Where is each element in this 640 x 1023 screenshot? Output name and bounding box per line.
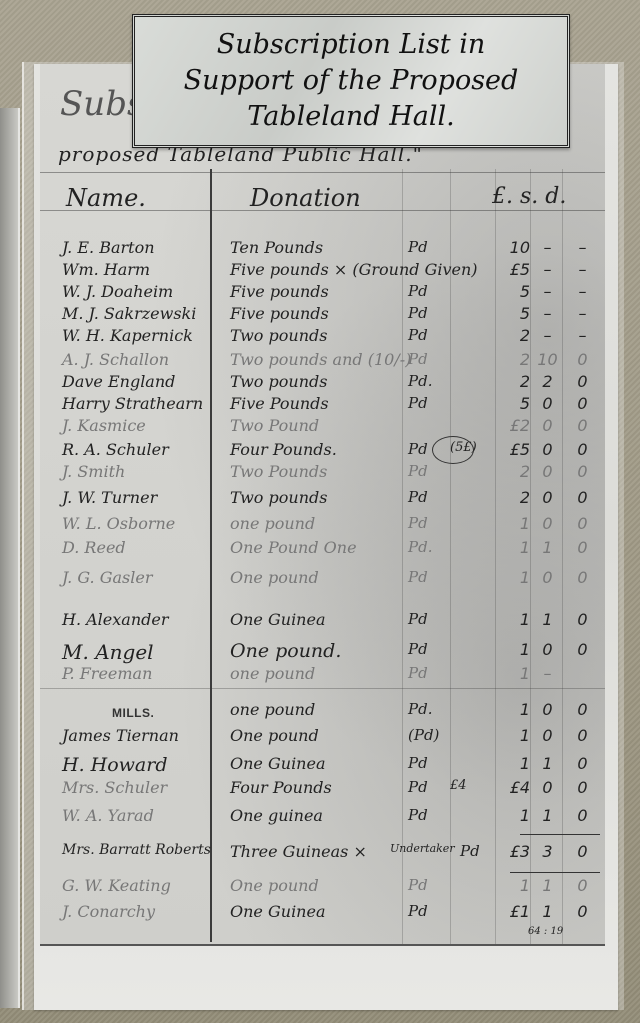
table-row: W. A. YaradOne guineaPd110 [40,806,605,828]
adjacent-document-edge [0,108,20,1008]
table-row: Wm. HarmFive pounds × (Ground Given)£5–– [40,260,605,282]
table-row: Mrs. Barratt RobertsThree Guineas ×PdUnd… [40,842,605,864]
table-row: R. A. SchulerFour Pounds.Pd(5£)£500 [40,440,605,462]
table-row: M. J. SakrzewskiFive poundsPd5–– [40,304,605,326]
column-header-name: Name. [66,184,146,212]
table-row: M. AngelOne pound.Pd100 [40,640,605,662]
total-line [520,834,600,835]
table-row: H. AlexanderOne GuineaPd110 [40,610,605,632]
placard-line-2: Support of the Proposed [184,63,519,99]
table-row: James TiernanOne pound(Pd)100 [40,726,605,748]
title-placard: Subscription List in Support of the Prop… [132,14,570,148]
table-row: A. J. SchallonTwo pounds and (10/-)Pd210… [40,350,605,372]
table-row: W. J. DoaheimFive poundsPd5–– [40,282,605,304]
table-row: J. E. BartonTen PoundsPd10–– [40,238,605,260]
table-row: Mrs. SchulerFour PoundsPd£4£400 [40,778,605,800]
table-row: P. Freemanone poundPd1– [40,664,605,686]
table-row: J. ConarchyOne GuineaPd£110 [40,902,605,924]
total-line [510,872,600,873]
table-row: G. W. KeatingOne poundPd110 [40,876,605,898]
table-row: J. SmithTwo PoundsPd200 [40,462,605,484]
column-header-donation: Donation [250,184,361,212]
table-row: J. W. TurnerTwo poundsPd200 [40,488,605,510]
table-row: W. L. Osborneone poundPd100 [40,514,605,536]
column-header-rule [40,210,605,211]
table-row: J. KasmiceTwo Pound£200 [40,416,605,438]
table-row: H. HowardOne GuineaPd110 [40,754,605,776]
page-join-rule [40,688,605,689]
placard-line-3: Tableland Hall. [247,99,454,135]
total-annotation: 64 : 19 [528,926,563,937]
table-row: J. G. GaslerOne poundPd100 [40,568,605,590]
table-row: Harry StrathearnFive PoundsPd500 [40,394,605,416]
header-rule [40,172,605,173]
table-row: D. ReedOne Pound OnePd.110 [40,538,605,560]
table-row: W. H. KapernickTwo poundsPd2–– [40,326,605,348]
table-row: one poundPd.100 [40,700,605,722]
table-row: Dave EnglandTwo poundsPd.220 [40,372,605,394]
subscription-list-sheet: Subs proposed Tableland Public Hall." Na… [40,64,605,946]
placard-line-1: Subscription List in [217,27,486,63]
